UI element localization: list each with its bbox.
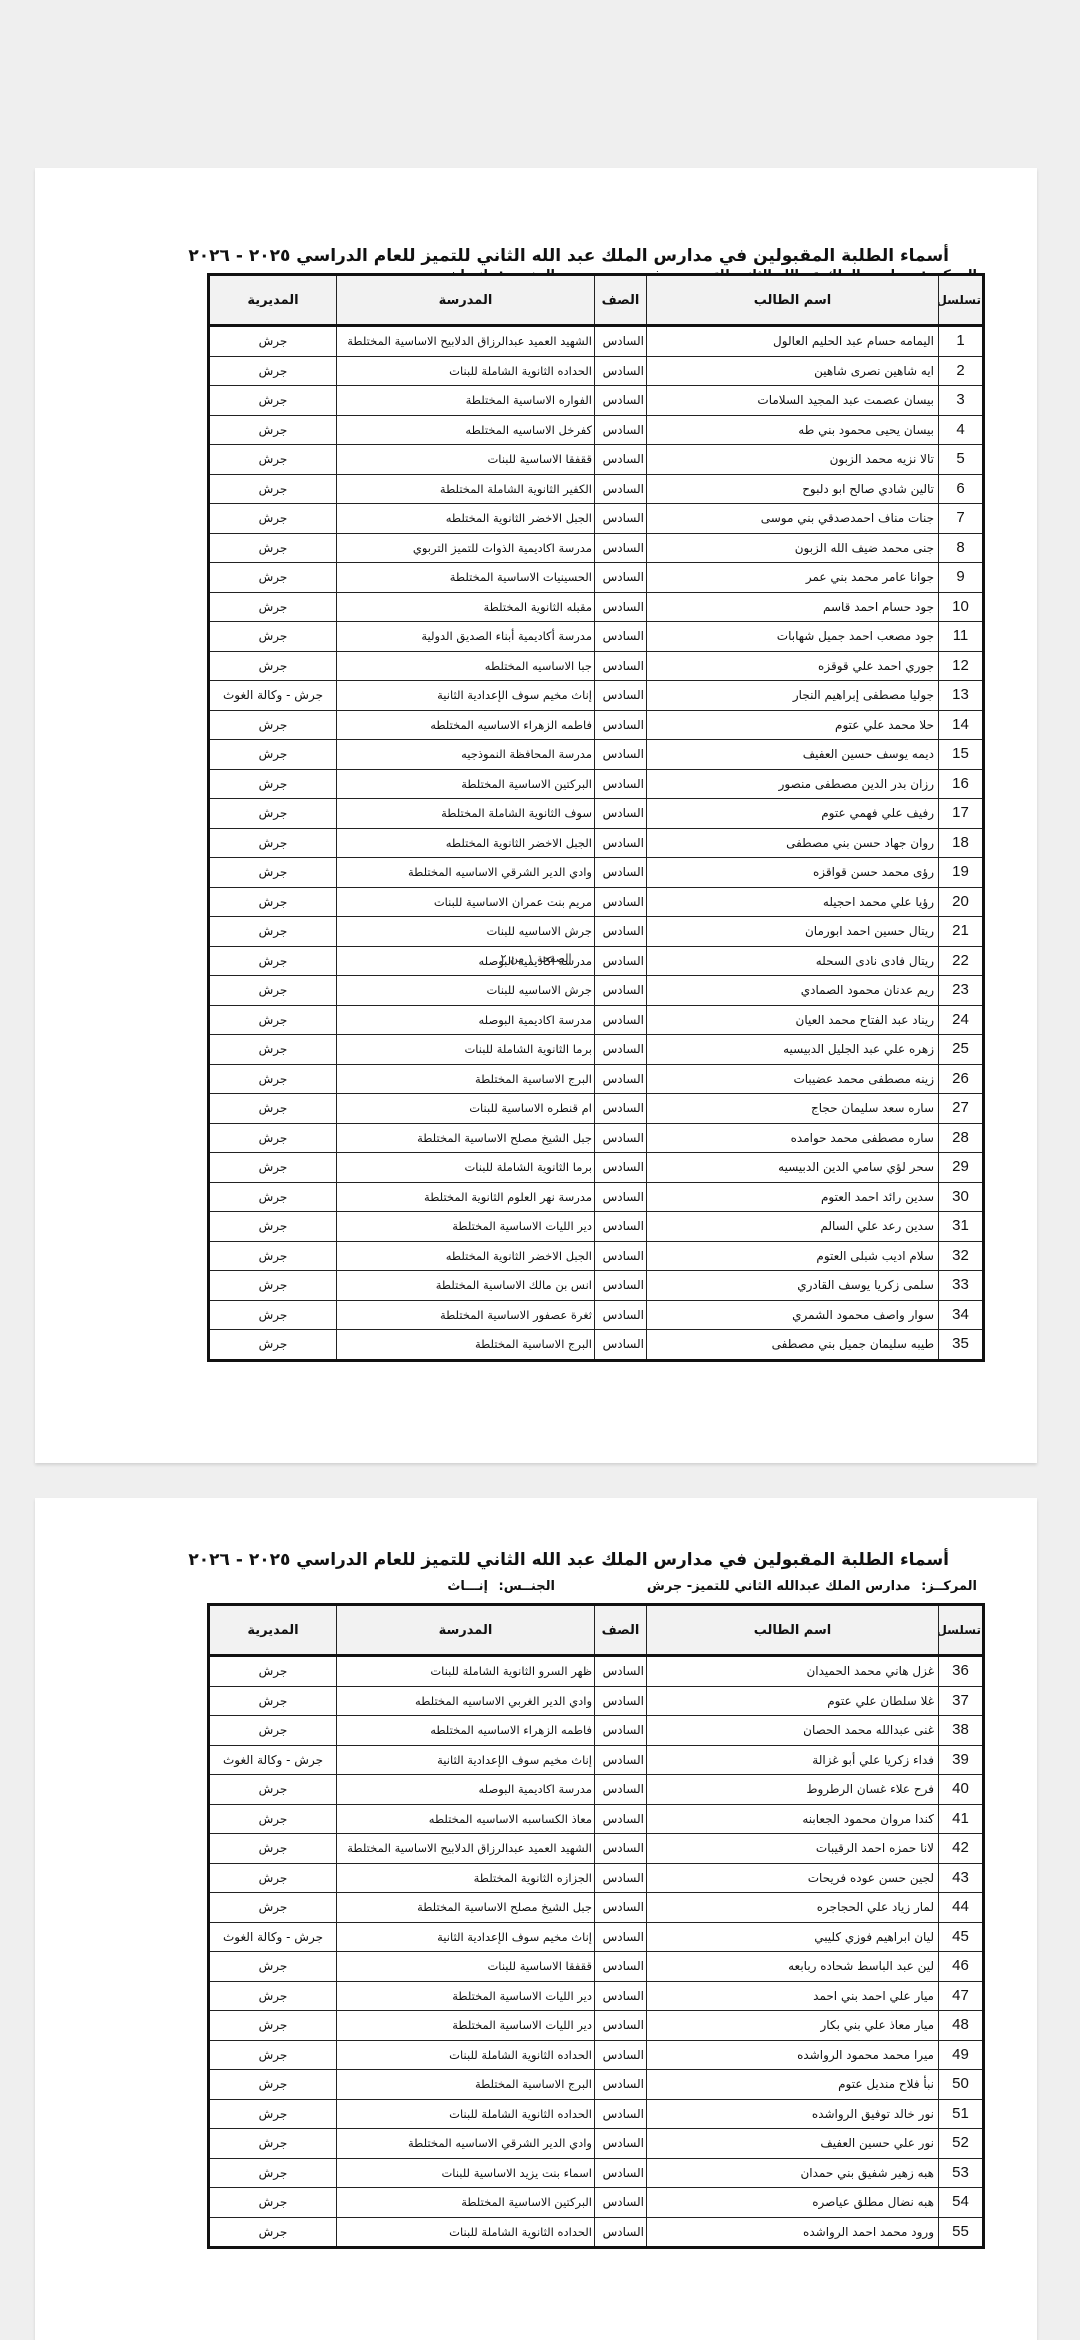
- table-row: 19رؤى محمد حسن قواقزهالسادسوادي الدير ال…: [209, 858, 984, 888]
- cell-school: الشهيد العميد عبدالرزاق الدلابيح الاساسي…: [337, 326, 595, 357]
- table-row: 9جوانا عامر محمد بني عمرالسادسالحسينيات …: [209, 563, 984, 593]
- cell-grade: السادس: [595, 592, 647, 622]
- table-row: 25زهره علي عبد الجليل الدبيسيهالسادسبرما…: [209, 1035, 984, 1065]
- document-meta: المركــز: مدارس الملك عبدالله الثاني للت…: [177, 1577, 977, 1597]
- table-row: 50نبأ فلاح منديل عتومالسادسالبرج الاساسي…: [209, 2070, 984, 2100]
- table-row: 5تالا نزيه محمد الزبونالسادسققفقا الاساس…: [209, 445, 984, 475]
- cell-student-name: جنات مناف احمدصدقي بني موسى: [647, 504, 939, 534]
- cell-serial: 10: [939, 592, 984, 622]
- page-number-footer: الصفحة ١ من ٢: [35, 952, 1037, 965]
- cell-student-name: رؤى محمد حسن قواقزه: [647, 858, 939, 888]
- cell-school: مريم بنت عمران الاساسية للبنات: [337, 887, 595, 917]
- cell-grade: السادس: [595, 769, 647, 799]
- cell-serial: 5: [939, 445, 984, 475]
- cell-student-name: تالين شادي صالح ابو دلبوح: [647, 474, 939, 504]
- document-page-2: أسماء الطلبة المقبولين في مدارس الملك عب…: [35, 1498, 1037, 2340]
- table-row: 45ليان ابراهيم فوزي كليبيالسادسإناث مخيم…: [209, 1922, 984, 1952]
- cell-grade: السادس: [595, 1241, 647, 1271]
- cell-grade: السادس: [595, 2158, 647, 2188]
- table-row: 44لمار زياد علي الحجاجرهالسادسجبل الشيخ …: [209, 1893, 984, 1923]
- cell-serial: 38: [939, 1716, 984, 1746]
- cell-district: جرش: [209, 563, 337, 593]
- cell-school: مدرسة اكاديمية الذوات للتميز التربوي: [337, 533, 595, 563]
- cell-serial: 39: [939, 1745, 984, 1775]
- cell-district: جرش: [209, 651, 337, 681]
- table-row: 10جود حسام احمد قاسمالسادسمقبله الثانوية…: [209, 592, 984, 622]
- cell-school: الحداده الثانوية الشاملة للبنات: [337, 2040, 595, 2070]
- cell-student-name: غزل هاني محمد الحميدان: [647, 1656, 939, 1687]
- cell-district: جرش: [209, 1834, 337, 1864]
- cell-district: جرش: [209, 1775, 337, 1805]
- table-row: 23ريم عدنان محمود الصماديالسادسجرش الاسا…: [209, 976, 984, 1006]
- cell-serial: 21: [939, 917, 984, 947]
- cell-serial: 20: [939, 887, 984, 917]
- column-header-district: المديرية: [209, 275, 337, 326]
- cell-serial: 2: [939, 356, 984, 386]
- cell-grade: السادس: [595, 2040, 647, 2070]
- cell-grade: السادس: [595, 1035, 647, 1065]
- center-value: مدارس الملك عبدالله الثاني للتميز- جرش: [647, 1579, 911, 1594]
- cell-district: جرش - وكالة الغوث: [209, 681, 337, 711]
- cell-student-name: نور علي حسين العفيف: [647, 2129, 939, 2159]
- cell-school: الشهيد العميد عبدالرزاق الدلابيح الاساسي…: [337, 1834, 595, 1864]
- cell-school: فاطمه الزهراء الاساسيه المختلطه: [337, 1716, 595, 1746]
- cell-serial: 36: [939, 1656, 984, 1687]
- cell-serial: 11: [939, 622, 984, 652]
- cell-school: الجبل الاخضر الثانوية المختلطه: [337, 828, 595, 858]
- table-row: 21ريتال حسين احمد ابورمانالسادسجرش الاسا…: [209, 917, 984, 947]
- column-header-grade: الصف: [595, 275, 647, 326]
- table-row: 32سلام اديب شبلى العتومالسادسالجبل الاخض…: [209, 1241, 984, 1271]
- cell-serial: 40: [939, 1775, 984, 1805]
- cell-grade: السادس: [595, 681, 647, 711]
- cell-school: وادي الدير الشرقي الاساسيه المختلطة: [337, 2129, 595, 2159]
- table-row: 14حلا محمد علي عتومالسادسفاطمه الزهراء ا…: [209, 710, 984, 740]
- cell-serial: 27: [939, 1094, 984, 1124]
- cell-student-name: نور خالد توفيق الرواشده: [647, 2099, 939, 2129]
- cell-school: البرج الاساسية المختلطة: [337, 1330, 595, 1361]
- cell-school: ظهر السرو الثانوية الشاملة للبنات: [337, 1656, 595, 1687]
- cell-grade: السادس: [595, 533, 647, 563]
- cell-school: الحداده الثانوية الشاملة للبنات: [337, 2099, 595, 2129]
- table-row: 46لين عبد الباسط شحاده ربابعهالسادسققفقا…: [209, 1952, 984, 1982]
- cell-grade: السادس: [595, 710, 647, 740]
- table-row: 43لجين حسن عوده فريحاتالسادسالجزازه الثا…: [209, 1863, 984, 1893]
- cell-school: اسماء بنت يزيد الاساسية للبنات: [337, 2158, 595, 2188]
- table-row: 51نور خالد توفيق الرواشدهالسادسالحداده ا…: [209, 2099, 984, 2129]
- cell-district: جرش: [209, 1153, 337, 1183]
- cell-student-name: ريم عدنان محمود الصمادي: [647, 976, 939, 1006]
- cell-serial: 24: [939, 1005, 984, 1035]
- cell-student-name: ليان ابراهيم فوزي كليبي: [647, 1922, 939, 1952]
- table-row: 35طيبه سليمان جميل بني مصطفىالسادسالبرج …: [209, 1330, 984, 1361]
- table-row: 17رفيف علي فهمي عتومالسادسسوف الثانوية ا…: [209, 799, 984, 829]
- table-row: 40فرح علاء غسان الرطروطالسادسمدرسة اكادي…: [209, 1775, 984, 1805]
- cell-school: البركتين الاساسية المختلطة: [337, 2188, 595, 2218]
- cell-district: جرش: [209, 1094, 337, 1124]
- table-body: 36غزل هاني محمد الحميدانالسادسظهر السرو …: [209, 1656, 984, 2248]
- cell-serial: 34: [939, 1300, 984, 1330]
- cell-school: الحداده الثانوية الشاملة للبنات: [337, 2217, 595, 2248]
- cell-grade: السادس: [595, 858, 647, 888]
- cell-student-name: فداء زكريا علي أبو غزالة: [647, 1745, 939, 1775]
- table-row: 15ديمه يوسف حسين العفيفالسادسمدرسة المحا…: [209, 740, 984, 770]
- cell-serial: 32: [939, 1241, 984, 1271]
- column-header-student-name: اسم الطالب: [647, 275, 939, 326]
- cell-school: إناث مخيم سوف الإعدادية الثانية: [337, 681, 595, 711]
- cell-school: البرج الاساسية المختلطة: [337, 2070, 595, 2100]
- cell-student-name: كندا مروان محمود الجعابنه: [647, 1804, 939, 1834]
- table-row: 42لانا حمزه احمد الرقيباتالسادسالشهيد ال…: [209, 1834, 984, 1864]
- cell-district: جرش: [209, 1952, 337, 1982]
- table-row: 54هبه نضال مطلق عياصرهالسادسالبركتين الا…: [209, 2188, 984, 2218]
- cell-grade: السادس: [595, 799, 647, 829]
- cell-school: مدرسة اكاديمية البوصله: [337, 1775, 595, 1805]
- cell-student-name: سدين رعد علي السالم: [647, 1212, 939, 1242]
- cell-school: مدرسة المحافظة النموذجيه: [337, 740, 595, 770]
- cell-district: جرش: [209, 1656, 337, 1687]
- cell-grade: السادس: [595, 1952, 647, 1982]
- cell-grade: السادس: [595, 563, 647, 593]
- cell-student-name: نبأ فلاح منديل عتوم: [647, 2070, 939, 2100]
- cell-school: جبل الشيخ مصلح الاساسية المختلطة: [337, 1123, 595, 1153]
- cell-district: جرش: [209, 2070, 337, 2100]
- cell-grade: السادس: [595, 1330, 647, 1361]
- column-header-serial: تسلسل: [939, 1605, 984, 1656]
- students-table: تسلسل اسم الطالب الصف المدرسة المديرية 1…: [207, 273, 985, 1362]
- cell-district: جرش: [209, 2158, 337, 2188]
- cell-school: فاطمه الزهراء الاساسيه المختلطه: [337, 710, 595, 740]
- cell-serial: 35: [939, 1330, 984, 1361]
- cell-district: جرش: [209, 1064, 337, 1094]
- cell-student-name: اليمامه حسام عبد الحليم العالول: [647, 326, 939, 357]
- cell-student-name: لجين حسن عوده فريحات: [647, 1863, 939, 1893]
- cell-serial: 48: [939, 2011, 984, 2041]
- cell-school: الجبل الاخضر الثانوية المختلطه: [337, 1241, 595, 1271]
- cell-school: دير الليات الاساسية المختلطة: [337, 1981, 595, 2011]
- cell-school: دير الليات الاساسية المختلطة: [337, 1212, 595, 1242]
- cell-district: جرش: [209, 1212, 337, 1242]
- cell-serial: 31: [939, 1212, 984, 1242]
- column-header-grade: الصف: [595, 1605, 647, 1656]
- cell-student-name: غنى عبدالله محمد الحصان: [647, 1716, 939, 1746]
- cell-serial: 28: [939, 1123, 984, 1153]
- center-field: المركــز: مدارس الملك عبدالله الثاني للت…: [647, 1577, 977, 1597]
- table-row: 12جوري احمد علي قوقزهالسادسجبا الاساسيه …: [209, 651, 984, 681]
- cell-grade: السادس: [595, 1716, 647, 1746]
- cell-district: جرش: [209, 445, 337, 475]
- cell-student-name: سحر لؤي سامي الدين الدبيسيه: [647, 1153, 939, 1183]
- table-row: 52نور علي حسين العفيفالسادسوادي الدير ال…: [209, 2129, 984, 2159]
- cell-serial: 18: [939, 828, 984, 858]
- cell-student-name: حلا محمد علي عتوم: [647, 710, 939, 740]
- table-row: 41كندا مروان محمود الجعابنهالسادسمعاذ ال…: [209, 1804, 984, 1834]
- cell-grade: السادس: [595, 1005, 647, 1035]
- cell-serial: 6: [939, 474, 984, 504]
- cell-grade: السادس: [595, 2188, 647, 2218]
- cell-student-name: جوليا مصطفى إبراهيم النجار: [647, 681, 939, 711]
- cell-grade: السادس: [595, 1775, 647, 1805]
- table-row: 4بيسان يحيى محمود بني طهالسادسكفرخل الاس…: [209, 415, 984, 445]
- cell-student-name: هبه نضال مطلق عياصره: [647, 2188, 939, 2218]
- table-row: 1اليمامه حسام عبد الحليم العالولالسادسال…: [209, 326, 984, 357]
- cell-serial: 3: [939, 386, 984, 416]
- cell-district: جرش: [209, 740, 337, 770]
- cell-district: جرش: [209, 1804, 337, 1834]
- cell-district: جرش - وكالة الغوث: [209, 1745, 337, 1775]
- cell-district: جرش: [209, 710, 337, 740]
- students-table: تسلسل اسم الطالب الصف المدرسة المديرية 3…: [207, 1603, 985, 2249]
- cell-school: دير الليات الاساسية المختلطة: [337, 2011, 595, 2041]
- cell-serial: 8: [939, 533, 984, 563]
- cell-student-name: لانا حمزه احمد الرقيبات: [647, 1834, 939, 1864]
- cell-district: جرش: [209, 917, 337, 947]
- cell-grade: السادس: [595, 1656, 647, 1687]
- cell-grade: السادس: [595, 1271, 647, 1301]
- cell-serial: 15: [939, 740, 984, 770]
- cell-student-name: ريتال حسين احمد ابورمان: [647, 917, 939, 947]
- cell-district: جرش: [209, 2011, 337, 2041]
- table-row: 24ريناد عبد الفتاح محمد العيانالسادسمدرس…: [209, 1005, 984, 1035]
- cell-grade: السادس: [595, 2129, 647, 2159]
- cell-student-name: ريناد عبد الفتاح محمد العيان: [647, 1005, 939, 1035]
- cell-serial: 12: [939, 651, 984, 681]
- cell-district: جرش: [209, 622, 337, 652]
- cell-grade: السادس: [595, 622, 647, 652]
- gender-value: إنـــاث: [447, 1579, 488, 1594]
- cell-district: جرش: [209, 474, 337, 504]
- table-row: 2ايه شاهين نصرى شاهينالسادسالحداده الثان…: [209, 356, 984, 386]
- cell-serial: 16: [939, 769, 984, 799]
- table-row: 26زينه مصطفى محمد عضيباتالسادسالبرج الاس…: [209, 1064, 984, 1094]
- cell-school: كفرخل الاساسيه المختلطه: [337, 415, 595, 445]
- table-row: 34سوار واصف محمود الشمريالسادسثغرة عصفور…: [209, 1300, 984, 1330]
- cell-serial: 54: [939, 2188, 984, 2218]
- gender-field: الجنــس: إنـــاث: [447, 1577, 555, 1597]
- cell-serial: 19: [939, 858, 984, 888]
- cell-grade: السادس: [595, 1863, 647, 1893]
- center-label: المركــز:: [921, 1579, 977, 1594]
- cell-grade: السادس: [595, 1094, 647, 1124]
- cell-district: جرش: [209, 1123, 337, 1153]
- cell-district: جرش - وكالة الغوث: [209, 1922, 337, 1952]
- cell-school: إناث مخيم سوف الإعدادية الثانية: [337, 1745, 595, 1775]
- document-title: أسماء الطلبة المقبولين في مدارس الملك عب…: [169, 1549, 949, 1571]
- cell-serial: 52: [939, 2129, 984, 2159]
- cell-district: جرش: [209, 1716, 337, 1746]
- cell-district: جرش: [209, 1981, 337, 2011]
- cell-school: الجبل الاخضر الثانوية المختلطه: [337, 504, 595, 534]
- table-row: 37غلا سلطان علي عتومالسادسوادي الدير الغ…: [209, 1686, 984, 1716]
- cell-school: برما الثانوية الشاملة للبنات: [337, 1035, 595, 1065]
- cell-grade: السادس: [595, 1922, 647, 1952]
- cell-district: جرش: [209, 1863, 337, 1893]
- cell-student-name: فرح علاء غسان الرطروط: [647, 1775, 939, 1805]
- cell-school: مدرسة نهر العلوم الثانوية المختلطة: [337, 1182, 595, 1212]
- cell-serial: 13: [939, 681, 984, 711]
- cell-student-name: زهره علي عبد الجليل الدبيسيه: [647, 1035, 939, 1065]
- cell-district: جرش: [209, 1005, 337, 1035]
- cell-student-name: لمار زياد علي الحجاجره: [647, 1893, 939, 1923]
- cell-grade: السادس: [595, 1182, 647, 1212]
- cell-school: مقبله الثانوية المختلطة: [337, 592, 595, 622]
- cell-student-name: سلام اديب شبلى العتوم: [647, 1241, 939, 1271]
- cell-district: جرش: [209, 326, 337, 357]
- cell-district: جرش: [209, 2188, 337, 2218]
- column-header-student-name: اسم الطالب: [647, 1605, 939, 1656]
- cell-district: جرش: [209, 386, 337, 416]
- cell-grade: السادس: [595, 326, 647, 357]
- cell-school: البركتين الاساسية المختلطة: [337, 769, 595, 799]
- cell-student-name: جنى محمد ضيف الله الزبون: [647, 533, 939, 563]
- cell-student-name: جوانا عامر محمد بني عمر: [647, 563, 939, 593]
- cell-student-name: جود حسام احمد قاسم: [647, 592, 939, 622]
- cell-grade: السادس: [595, 2217, 647, 2248]
- cell-serial: 7: [939, 504, 984, 534]
- table-row: 3بيسان عصمت عبد المجيد السلاماتالسادسالف…: [209, 386, 984, 416]
- table-header-row: تسلسل اسم الطالب الصف المدرسة المديرية: [209, 275, 984, 326]
- cell-school: مدرسة أكاديمية أبناء الصديق الدولية: [337, 622, 595, 652]
- cell-school: الجزازه الثانوية المختلطة: [337, 1863, 595, 1893]
- cell-district: جرش: [209, 799, 337, 829]
- cell-student-name: سوار واصف محمود الشمري: [647, 1300, 939, 1330]
- cell-serial: 37: [939, 1686, 984, 1716]
- cell-student-name: رزان بدر الدين مصطفى منصور: [647, 769, 939, 799]
- table-row: 33سلمى زكريا يوسف القادريالسادسانس بن ما…: [209, 1271, 984, 1301]
- cell-grade: السادس: [595, 386, 647, 416]
- cell-student-name: طيبه سليمان جميل بني مصطفى: [647, 1330, 939, 1361]
- cell-grade: السادس: [595, 415, 647, 445]
- table-row: 36غزل هاني محمد الحميدانالسادسظهر السرو …: [209, 1656, 984, 1687]
- cell-serial: 55: [939, 2217, 984, 2248]
- cell-serial: 51: [939, 2099, 984, 2129]
- cell-serial: 41: [939, 1804, 984, 1834]
- table-row: 39فداء زكريا علي أبو غزالةالسادسإناث مخي…: [209, 1745, 984, 1775]
- cell-student-name: رؤيا علي محمد احجيله: [647, 887, 939, 917]
- cell-student-name: لين عبد الباسط شحاده ربابعه: [647, 1952, 939, 1982]
- cell-school: جرش الاساسيه للبنات: [337, 917, 595, 947]
- cell-district: جرش: [209, 533, 337, 563]
- cell-student-name: تالا نزيه محمد الزبون: [647, 445, 939, 475]
- cell-grade: السادس: [595, 1064, 647, 1094]
- cell-school: الفواره الاساسية المختلطة: [337, 386, 595, 416]
- cell-serial: 46: [939, 1952, 984, 1982]
- table-row: 7جنات مناف احمدصدقي بني موسىالسادسالجبل …: [209, 504, 984, 534]
- cell-school: الكفير الثانوية الشاملة المختلطة: [337, 474, 595, 504]
- cell-serial: 14: [939, 710, 984, 740]
- cell-district: جرش: [209, 1241, 337, 1271]
- cell-grade: السادس: [595, 2070, 647, 2100]
- cell-district: جرش: [209, 356, 337, 386]
- cell-serial: 30: [939, 1182, 984, 1212]
- cell-district: جرش: [209, 1271, 337, 1301]
- table-row: 11جود مصعب احمد جميل شهاباتالسادسمدرسة أ…: [209, 622, 984, 652]
- table-row: 13جوليا مصطفى إبراهيم النجارالسادسإناث م…: [209, 681, 984, 711]
- cell-grade: السادس: [595, 1686, 647, 1716]
- cell-school: وادي الدير الشرقي الاساسيه المختلطة: [337, 858, 595, 888]
- cell-district: جرش: [209, 2129, 337, 2159]
- cell-grade: السادس: [595, 917, 647, 947]
- table-row: 28ساره مصطفى محمد حوامدهالسادسجبل الشيخ …: [209, 1123, 984, 1153]
- cell-school: ثغرة عصفور الاساسية المختلطة: [337, 1300, 595, 1330]
- cell-grade: السادس: [595, 2099, 647, 2129]
- cell-grade: السادس: [595, 1123, 647, 1153]
- cell-district: جرش: [209, 1893, 337, 1923]
- cell-student-name: هبه زهير شفيق بني حمدان: [647, 2158, 939, 2188]
- cell-school: برما الثانوية الشاملة للبنات: [337, 1153, 595, 1183]
- cell-school: سوف الثانوية الشاملة المختلطة: [337, 799, 595, 829]
- cell-grade: السادس: [595, 1212, 647, 1242]
- cell-grade: السادس: [595, 740, 647, 770]
- cell-student-name: بيسان يحيى محمود بني طه: [647, 415, 939, 445]
- cell-school: جبل الشيخ مصلح الاساسية المختلطة: [337, 1893, 595, 1923]
- cell-district: جرش: [209, 858, 337, 888]
- cell-serial: 9: [939, 563, 984, 593]
- table-row: 20رؤيا علي محمد احجيلهالسادسمريم بنت عمر…: [209, 887, 984, 917]
- table-row: 6تالين شادي صالح ابو دلبوحالسادسالكفير ا…: [209, 474, 984, 504]
- table-row: 8جنى محمد ضيف الله الزبونالسادسمدرسة اكا…: [209, 533, 984, 563]
- cell-student-name: ايه شاهين نصرى شاهين: [647, 356, 939, 386]
- column-header-school: المدرسة: [337, 1605, 595, 1656]
- cell-student-name: جود مصعب احمد جميل شهابات: [647, 622, 939, 652]
- cell-grade: السادس: [595, 651, 647, 681]
- table-row: 47ميار علي احمد بني احمدالسادسدير الليات…: [209, 1981, 984, 2011]
- table-body: 1اليمامه حسام عبد الحليم العالولالسادسال…: [209, 326, 984, 1361]
- cell-district: جرش: [209, 1035, 337, 1065]
- cell-grade: السادس: [595, 976, 647, 1006]
- cell-student-name: رفيف علي فهمي عتوم: [647, 799, 939, 829]
- cell-serial: 1: [939, 326, 984, 357]
- cell-grade: السادس: [595, 356, 647, 386]
- cell-serial: 33: [939, 1271, 984, 1301]
- cell-serial: 50: [939, 2070, 984, 2100]
- cell-student-name: بيسان عصمت عبد المجيد السلامات: [647, 386, 939, 416]
- cell-school: ققفقا الاساسية للبنات: [337, 1952, 595, 1982]
- table-row: 55ورود محمد احمد الرواشدهالسادسالحداده ا…: [209, 2217, 984, 2248]
- table-row: 16رزان بدر الدين مصطفى منصورالسادسالبركت…: [209, 769, 984, 799]
- cell-serial: 43: [939, 1863, 984, 1893]
- cell-district: جرش: [209, 592, 337, 622]
- cell-grade: السادس: [595, 445, 647, 475]
- cell-serial: 23: [939, 976, 984, 1006]
- column-header-serial: تسلسل: [939, 275, 984, 326]
- cell-serial: 4: [939, 415, 984, 445]
- cell-district: جرش: [209, 1300, 337, 1330]
- table-row: 27ساره سعد سليمان حجاجالسادسام قنطره الا…: [209, 1094, 984, 1124]
- cell-district: جرش: [209, 1686, 337, 1716]
- cell-district: جرش: [209, 976, 337, 1006]
- cell-district: جرش: [209, 1182, 337, 1212]
- column-header-district: المديرية: [209, 1605, 337, 1656]
- cell-grade: السادس: [595, 887, 647, 917]
- cell-school: الحداده الثانوية الشاملة للبنات: [337, 356, 595, 386]
- cell-student-name: زينه مصطفى محمد عضيبات: [647, 1064, 939, 1094]
- cell-school: ققفقا الاساسية للبنات: [337, 445, 595, 475]
- cell-serial: 42: [939, 1834, 984, 1864]
- cell-grade: السادس: [595, 2011, 647, 2041]
- cell-student-name: سلمى زكريا يوسف القادري: [647, 1271, 939, 1301]
- column-header-school: المدرسة: [337, 275, 595, 326]
- cell-school: الحسينيات الاساسية المختلطة: [337, 563, 595, 593]
- cell-school: وادي الدير الغربي الاساسيه المختلطه: [337, 1686, 595, 1716]
- table-row: 49ميرا محمد محمود الرواشدهالسادسالحداده …: [209, 2040, 984, 2070]
- cell-grade: السادس: [595, 828, 647, 858]
- cell-district: جرش: [209, 504, 337, 534]
- cell-grade: السادس: [595, 1893, 647, 1923]
- cell-district: جرش: [209, 2040, 337, 2070]
- cell-serial: 45: [939, 1922, 984, 1952]
- cell-school: جرش الاساسيه للبنات: [337, 976, 595, 1006]
